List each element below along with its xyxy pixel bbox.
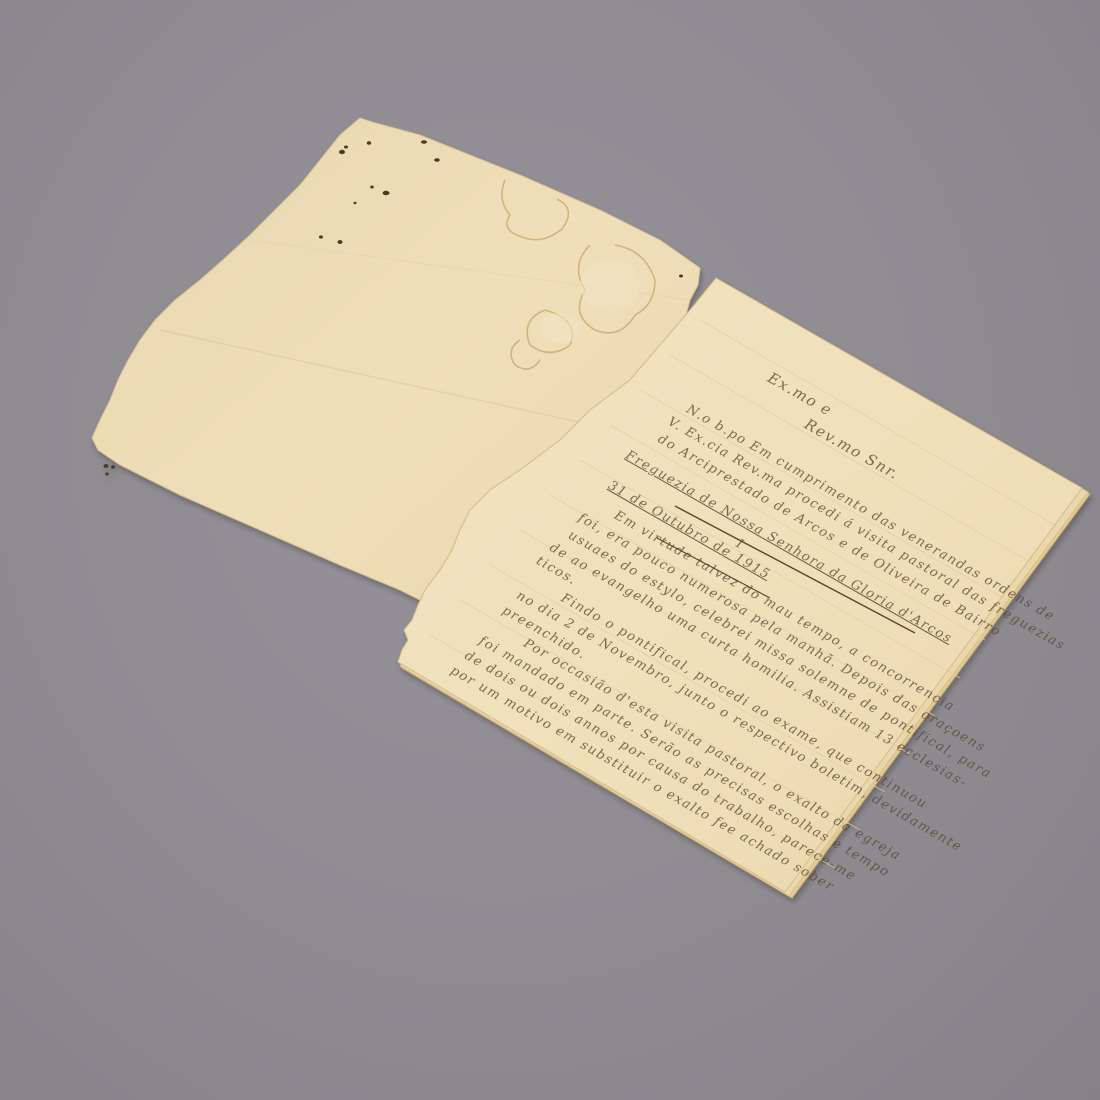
photo-scene: Ex.mo e Rev.mo Snr. N.o b.po Em cumprime… [0, 0, 1100, 1100]
